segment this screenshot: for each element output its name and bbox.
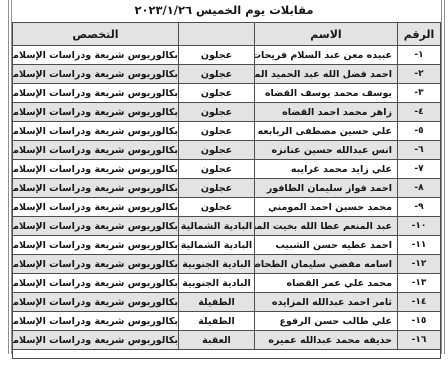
cell-name: ثامر احمد عبدالله المزايده	[255, 293, 398, 312]
cell-location: عجلون	[179, 65, 255, 84]
cell-number: ٤-	[398, 103, 441, 122]
cell-number: ٧-	[398, 160, 441, 179]
cell-name: عبد المنعم عطا الله بخيت المساعيد	[255, 217, 398, 236]
table-row: ١٣-محمد علي عمر القضاهالبادية الجنوبيةبك…	[13, 274, 441, 293]
page-border-right-outer	[444, 0, 445, 354]
table-row: ١٦-حذيفه محمد عبدالله عميرهالعقبةبكالوري…	[13, 331, 441, 350]
table-row: ٤-زاهر محمد احمد القضاهعجلونبكالوريوس شر…	[13, 103, 441, 122]
cell-location: عجلون	[179, 160, 255, 179]
cell-number: ١٠-	[398, 217, 441, 236]
cell-name: يوسف محمد يوسف القضاه	[255, 84, 398, 103]
page-border-right-inner	[441, 0, 442, 354]
page-border-left-outer	[8, 0, 9, 354]
table-row: ١٤-ثامر احمد عبدالله المزايدهالطفيلةبكال…	[13, 293, 441, 312]
cell-name: علي حسين مصطفى الربابعه	[255, 122, 398, 141]
interviews-table: الرقم الاسم التخصص ١-عبيده معن عبد السلا…	[12, 22, 441, 359]
header-row: الرقم الاسم التخصص	[13, 23, 441, 46]
cell-location: البادية الجنوبية	[179, 255, 255, 274]
empty-row	[13, 350, 441, 359]
cell-name: انس عبدالله حسين عنانزه	[255, 141, 398, 160]
cell-number: ١٢-	[398, 255, 441, 274]
cell-name: حذيفه محمد عبدالله عميره	[255, 331, 398, 350]
cell-name: احمد فضل الله عبد الحميد المومني	[255, 65, 398, 84]
table-row: ١-عبيده معن عبد السلام فريحاتعجلونبكالور…	[13, 46, 441, 65]
table-row: ٦-انس عبدالله حسين عنانزهعجلونبكالوريوس …	[13, 141, 441, 160]
table-row: ٧-علي زايد محمد غرايبهعجلونبكالوريوس شري…	[13, 160, 441, 179]
cell-specialization: بكالوريوس شريعة ودراسات الإسلامية	[13, 236, 179, 255]
cell-specialization: بكالوريوس شريعة ودراسات الإسلامية	[13, 122, 179, 141]
cell-specialization: بكالوريوس شريعة ودراسات الإسلامية	[13, 179, 179, 198]
cell-location: عجلون	[179, 179, 255, 198]
cell-number: ١٥-	[398, 312, 441, 331]
cell-name: احمد عطيه حسن الشبيب	[255, 236, 398, 255]
table-body: ١-عبيده معن عبد السلام فريحاتعجلونبكالور…	[13, 46, 441, 350]
cell-location: عجلون	[179, 141, 255, 160]
cell-number: ١٣-	[398, 274, 441, 293]
page-title: مقابلات يوم الخميس ٢٠٢٣/١/٢٦	[0, 3, 448, 17]
cell-specialization: بكالوريوس شريعة ودراسات الإسلامية	[13, 46, 179, 65]
cell-specialization: بكالوريوس شريعة ودراسات الإسلامية	[13, 141, 179, 160]
cell-specialization: بكالوريوس شريعة ودراسات الإسلامية	[13, 65, 179, 84]
cell-number: ٨-	[398, 179, 441, 198]
cell-location: عجلون	[179, 103, 255, 122]
cell-location: عجلون	[179, 46, 255, 65]
cell-location: البادية الجنوبية	[179, 274, 255, 293]
cell-location: عجلون	[179, 122, 255, 141]
cell-location: العقبة	[179, 331, 255, 350]
cell-location: الطفيلة	[179, 293, 255, 312]
cell-specialization: بكالوريوس شريعة ودراسات الإسلامية	[13, 312, 179, 331]
cell-number: ٩-	[398, 198, 441, 217]
cell-number: ٦-	[398, 141, 441, 160]
header-location	[179, 23, 255, 46]
table-row: ٣-يوسف محمد يوسف القضاهعجلونبكالوريوس شر…	[13, 84, 441, 103]
header-specialization: التخصص	[13, 23, 179, 46]
cell-specialization: بكالوريوس شريعة ودراسات الإسلامية	[13, 103, 179, 122]
header-number: الرقم	[398, 23, 441, 46]
cell-specialization: بكالوريوس شريعة ودراسات الإسلامية	[13, 160, 179, 179]
cell-name: علي طالب حسن الرفوع	[255, 312, 398, 331]
cell-name: محمد علي عمر القضاه	[255, 274, 398, 293]
cell-specialization: بكالوريوس شريعة ودراسات الإسلامية	[13, 84, 179, 103]
cell-location: البادية الشمالية	[179, 236, 255, 255]
cell-number: ١٤-	[398, 293, 441, 312]
table-row: ٢-احمد فضل الله عبد الحميد المومنيعجلونب…	[13, 65, 441, 84]
cell-number: ١-	[398, 46, 441, 65]
cell-location: عجلون	[179, 198, 255, 217]
table-row: ١٢-اسامه مفضي سليمان الطحاطرهالبادية الج…	[13, 255, 441, 274]
header-name: الاسم	[255, 23, 398, 46]
cell-number: ٢-	[398, 65, 441, 84]
cell-name: علي زايد محمد غرايبه	[255, 160, 398, 179]
cell-location: البادية الشمالية	[179, 217, 255, 236]
table-row: ١٠-عبد المنعم عطا الله بخيت المساعيدالبا…	[13, 217, 441, 236]
cell-specialization: بكالوريوس شريعة ودراسات الإسلامية	[13, 255, 179, 274]
table-row: ١٥-علي طالب حسن الرفوعالطفيلةبكالوريوس ش…	[13, 312, 441, 331]
cell-specialization: بكالوريوس شريعة ودراسات الإسلامية	[13, 198, 179, 217]
cell-name: محمد حسين احمد المومني	[255, 198, 398, 217]
table-row: ٨-احمد فواز سليمان الطافورعجلونبكالوريوس…	[13, 179, 441, 198]
cell-number: ٣-	[398, 84, 441, 103]
cell-specialization: بكالوريوس شريعة ودراسات الإسلامية	[13, 217, 179, 236]
cell-name: اسامه مفضي سليمان الطحاطره	[255, 255, 398, 274]
cell-specialization: بكالوريوس شريعة ودراسات الإسلامية	[13, 274, 179, 293]
table-row: ١١-احمد عطيه حسن الشبيبالبادية الشماليةب…	[13, 236, 441, 255]
empty-cell	[13, 350, 441, 359]
cell-specialization: بكالوريوس شريعة ودراسات الإسلامية	[13, 331, 179, 350]
cell-name: عبيده معن عبد السلام فريحات	[255, 46, 398, 65]
cell-number: ٥-	[398, 122, 441, 141]
cell-name: احمد فواز سليمان الطافور	[255, 179, 398, 198]
cell-location: عجلون	[179, 84, 255, 103]
cell-number: ١١-	[398, 236, 441, 255]
scanned-page: مقابلات يوم الخميس ٢٠٢٣/١/٢٦ الرقم الاسم…	[0, 0, 448, 383]
cell-location: الطفيلة	[179, 312, 255, 331]
cell-specialization: بكالوريوس شريعة ودراسات الإسلامية	[13, 293, 179, 312]
table-row: ٥-علي حسين مصطفى الربابعهعجلونبكالوريوس …	[13, 122, 441, 141]
cell-name: زاهر محمد احمد القضاه	[255, 103, 398, 122]
table-row: ٩-محمد حسين احمد المومنيعجلونبكالوريوس ش…	[13, 198, 441, 217]
cell-number: ١٦-	[398, 331, 441, 350]
